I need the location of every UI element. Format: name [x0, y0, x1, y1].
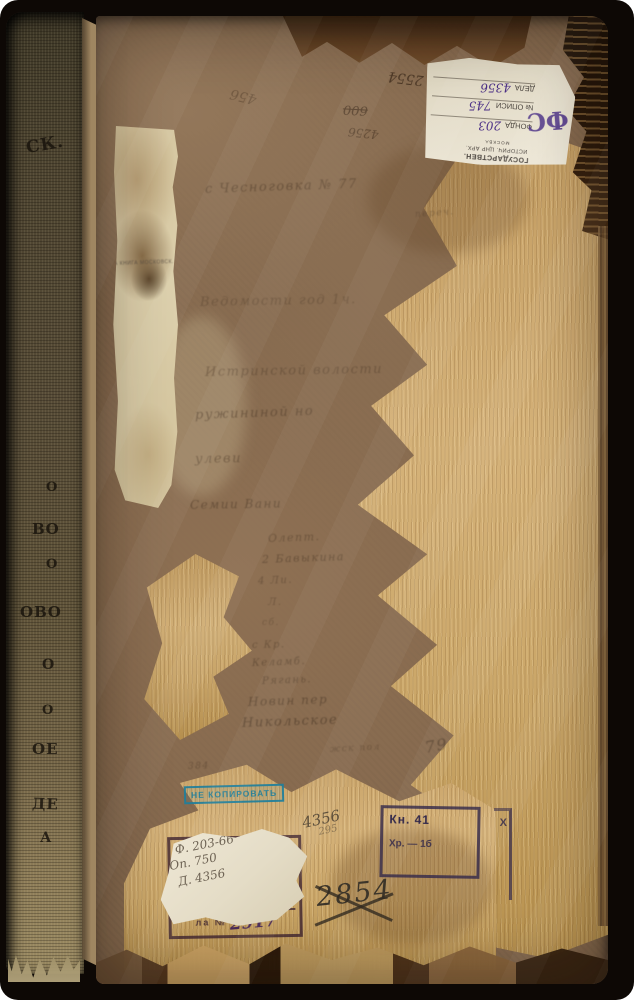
flipped-pencil-note: 600 [343, 101, 369, 117]
storage-stamp-partial-letter: Х [500, 817, 507, 829]
archive-label-fields: ФОНДА203№ ОПИСИ745ДЕЛА4356 [429, 76, 535, 140]
handwriting-line: сб. [262, 618, 280, 628]
storage-stamp-partial: Х [494, 808, 512, 900]
book-spine: СК.ОВОООВООООЕДЕА [6, 12, 84, 974]
handwriting-line: Олепт. [268, 530, 321, 545]
handwriting-line: Ведомости год 1ч. [200, 292, 357, 310]
handwriting-line: 4 Ли. [258, 575, 293, 587]
label-initials-stamp: ФС [526, 105, 570, 137]
flipped-pencil-note: 2554 [387, 68, 424, 88]
handwriting-line: 2 Бавыкина [262, 550, 345, 566]
spine-letter: ОЕ [32, 740, 59, 758]
handwriting-line: жск пол [330, 742, 381, 755]
torn-wood-patch-left [134, 554, 262, 740]
storage-stamp-line: Кн. 41 [389, 812, 471, 827]
flipped-pencil-note: 4256 [347, 124, 379, 141]
archive-label-body: ФС ФОНДА203№ ОПИСИ745ДЕЛА4356 [429, 76, 569, 142]
tape-stamp-text: А КНИГА МОСКОВСК. [114, 259, 176, 267]
spine-letter: О [46, 557, 58, 572]
spine-letter: ОВО [20, 603, 62, 621]
handwriting-line: с Чесноговка № 77 [205, 177, 358, 197]
label-field-value: 4356 [480, 80, 511, 94]
label-field-value: 203 [478, 118, 501, 132]
page-edges [598, 226, 608, 926]
flipped-pencil-note: 456 [228, 85, 258, 107]
book: СК.ОВОООВООООЕДЕА А КНИГА МОСКОВСК. [6, 10, 612, 990]
archive-label: ГОСУДАРСТВЕН. ИСТОРИЧ. ЦНР АРХ. МОСКВА Ф… [420, 55, 577, 171]
storage-stamp-line: Хр. — 1б [389, 838, 471, 850]
tape-strip: А КНИГА МОСКОВСК. [112, 126, 178, 508]
handwriting-line: Никольское [242, 713, 339, 731]
spine-letter: ВО [32, 520, 60, 538]
book-front-cover: А КНИГА МОСКОВСК. ГОСУДАРСТВЕН. ИСТОРИЧ.… [96, 16, 608, 984]
handwriting-line: Л. [268, 597, 283, 608]
no-copy-stamp: НЕ КОПИРОВАТЬ [184, 784, 285, 805]
handwriting-line: Новин пер [248, 692, 329, 709]
handwriting-line: 384 [188, 761, 210, 772]
spine-letter: О [42, 703, 54, 718]
handwriting-line: Келамб. [252, 656, 306, 669]
label-field-name: ДЕЛА [515, 83, 536, 93]
handwriting-line: Семии Вани [190, 496, 282, 512]
spine-frayed-bottom [8, 946, 80, 982]
spine-letter: О [42, 657, 55, 673]
spine-letter: ДЕ [32, 795, 59, 814]
spine-letter: СК. [25, 132, 66, 158]
label-field-value: 745 [469, 98, 492, 112]
spine-letter: О [46, 480, 58, 495]
spine-letter: А [40, 830, 52, 846]
scanned-book-cover-photo: СК.ОВОООВООООЕДЕА А КНИГА МОСКОВСК. [0, 0, 634, 1000]
handwriting-line: с Кр. [252, 639, 286, 651]
photo-background: СК.ОВОООВООООЕДЕА А КНИГА МОСКОВСК. [0, 0, 634, 1000]
storage-stamp: Кн. 41 Хр. — 1б [379, 805, 480, 879]
handwriting-line: Рягань. [262, 674, 312, 687]
